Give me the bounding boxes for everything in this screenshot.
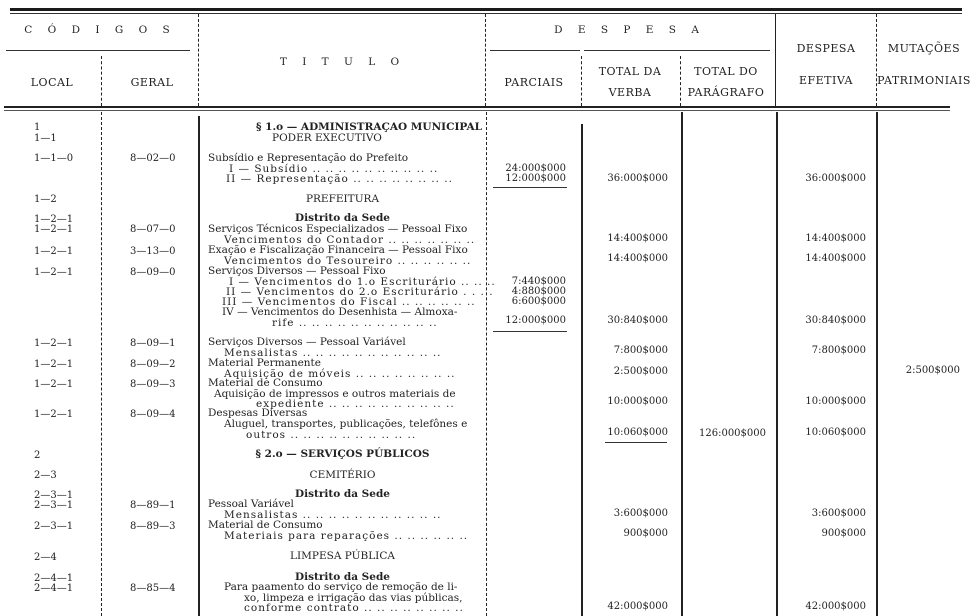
total-verba-value: 14:400$000 bbox=[586, 233, 668, 244]
col-divider bbox=[486, 112, 487, 616]
parciais-value: 6:600$000 bbox=[490, 296, 566, 307]
local-code: 1—2—1 bbox=[34, 359, 73, 370]
local-code: 1—2—1 bbox=[34, 267, 73, 278]
budget-table-page: C Ó D I G O S LOCAL GERAL T I T U L O D … bbox=[0, 0, 972, 616]
col-divider bbox=[681, 112, 683, 616]
header-mutacoes-2: PATRIMONIAIS bbox=[876, 74, 972, 87]
col-divider bbox=[198, 14, 199, 106]
total-verba-value: 2:500$000 bbox=[586, 366, 668, 377]
total-verba-value: 7:800$000 bbox=[586, 345, 668, 356]
total-verba-value: 42:000$000 bbox=[586, 601, 668, 612]
item-title: II — Representação .. .. .. .. .. .. .. … bbox=[226, 174, 453, 185]
item-title: conforme contrato .. .. .. .. .. .. .. .… bbox=[244, 603, 464, 614]
total-verba-value: 36:000$000 bbox=[586, 173, 668, 184]
header-total-do-paragrafo-2: PARÁGRAFO bbox=[678, 86, 774, 99]
local-code: 1—1 bbox=[34, 133, 57, 144]
subtotal-rule bbox=[605, 442, 667, 443]
col-divider bbox=[581, 56, 582, 106]
col-divider bbox=[101, 56, 102, 106]
geral-code: 8—09—4 bbox=[130, 409, 175, 420]
geral-code: 8—07—0 bbox=[130, 224, 175, 235]
parciais-value: 12:000$000 bbox=[490, 173, 566, 184]
local-code: 1—1—0 bbox=[34, 153, 73, 164]
despesa-efetiva-value: 3:600$000 bbox=[780, 508, 866, 519]
header-despesa-efetiva-1: DESPESA bbox=[776, 42, 876, 55]
subtotal-rule bbox=[493, 187, 567, 188]
local-code: 2—3 bbox=[34, 470, 57, 481]
geral-code: 8—89—1 bbox=[130, 500, 175, 511]
header-bottom-rule-thin bbox=[4, 110, 950, 111]
top-rule bbox=[10, 8, 962, 11]
geral-code: 3—13—0 bbox=[130, 246, 175, 257]
header-despesa: D E S P E S A bbox=[487, 24, 772, 36]
header-divider-despesa-a bbox=[490, 50, 580, 51]
local-code: 1—2—1 bbox=[34, 338, 73, 349]
header-total-do-paragrafo-1: TOTAL DO bbox=[678, 65, 774, 78]
local-code: 2—4—1 bbox=[34, 583, 73, 594]
subsection-title: LIMPESA PÚBLICA bbox=[200, 551, 485, 562]
total-verba-value: 900$000 bbox=[586, 528, 668, 539]
local-code: 1—2—1 bbox=[34, 379, 73, 390]
despesa-efetiva-value: 42:000$000 bbox=[780, 601, 866, 612]
header-divider-codigos bbox=[6, 50, 190, 51]
col-divider bbox=[680, 56, 681, 106]
header-mutacoes-1: MUTAÇÕES bbox=[876, 42, 972, 55]
subsection-title: PREFEITURA bbox=[200, 194, 485, 205]
local-code: 2 bbox=[34, 450, 40, 461]
local-code: 2—3—1 bbox=[34, 521, 73, 532]
total-verba-value: 3:600$000 bbox=[586, 508, 668, 519]
total-verba-value: 14:400$000 bbox=[586, 253, 668, 264]
header-divider-despesa-b bbox=[584, 50, 770, 51]
header-despesa-efetiva-2: EFETIVA bbox=[776, 74, 876, 87]
despesa-efetiva-value: 14:400$000 bbox=[780, 233, 866, 244]
local-code: 1 bbox=[34, 122, 40, 133]
header-codigos: C Ó D I G O S bbox=[10, 24, 190, 36]
geral-code: 8—85—4 bbox=[130, 583, 175, 594]
item-title: rife .. .. .. .. .. .. .. .. .. .. .. bbox=[272, 318, 438, 329]
total-verba-value: 10:000$000 bbox=[586, 396, 668, 407]
header-parciais: PARCIAIS bbox=[488, 76, 580, 89]
subsection-title: CEMITÉRIO bbox=[200, 470, 485, 481]
col-divider bbox=[485, 14, 486, 106]
col-divider bbox=[581, 124, 583, 616]
despesa-efetiva-value: 7:800$000 bbox=[780, 345, 866, 356]
geral-code: 8—02—0 bbox=[130, 153, 175, 164]
header-total-da-verba-2: VERBA bbox=[582, 86, 678, 99]
header-total-da-verba-1: TOTAL DA bbox=[582, 65, 678, 78]
item-title: outros .. .. .. .. .. .. .. .. .. .. bbox=[246, 430, 416, 441]
total-verba-value: 10:060$000 bbox=[586, 427, 668, 438]
col-divider bbox=[776, 112, 778, 616]
despesa-efetiva-value: 10:000$000 bbox=[780, 396, 866, 407]
despesa-efetiva-value: 30:840$000 bbox=[780, 315, 866, 326]
geral-code: 8—89—3 bbox=[130, 521, 175, 532]
despesa-efetiva-value: 36:000$000 bbox=[780, 173, 866, 184]
geral-code: 8—09—3 bbox=[130, 379, 175, 390]
col-divider bbox=[876, 112, 878, 616]
geral-code: 8—09—1 bbox=[130, 338, 175, 349]
subtotal-rule bbox=[493, 331, 567, 332]
parciais-value: 12:000$000 bbox=[490, 315, 566, 326]
despesa-efetiva-value: 14:400$000 bbox=[780, 253, 866, 264]
despesa-efetiva-value: 900$000 bbox=[780, 528, 866, 539]
despesa-efetiva-value: 10:060$000 bbox=[780, 427, 866, 438]
local-code: 1—2 bbox=[34, 194, 57, 205]
header-bottom-rule bbox=[4, 106, 950, 108]
header-titulo: T I T U L O bbox=[200, 56, 485, 68]
col-divider bbox=[775, 14, 776, 106]
col-divider bbox=[876, 14, 877, 106]
local-code: 1—2—1 bbox=[34, 409, 73, 420]
total-paragrafo-value: 126:000$000 bbox=[684, 428, 766, 439]
local-code: 1—2—1 bbox=[34, 246, 73, 257]
local-code: 2—4 bbox=[34, 552, 57, 563]
header-local: LOCAL bbox=[10, 76, 94, 89]
section-title: § 2.o — SERVIÇOS PÚBLICOS bbox=[200, 449, 485, 460]
local-code: 1—2—1 bbox=[34, 224, 73, 235]
geral-code: 8—09—2 bbox=[130, 359, 175, 370]
item-title: Materiais para reparações .. .. .. .. ..… bbox=[224, 531, 468, 542]
col-divider bbox=[198, 116, 200, 616]
top-rule-thin bbox=[10, 13, 962, 14]
subsection-title: PODER EXECUTIVO bbox=[272, 133, 382, 144]
local-code: 2—3—1 bbox=[34, 500, 73, 511]
header-geral: GERAL bbox=[104, 76, 200, 89]
mutacoes-value: 2:500$000 bbox=[884, 365, 960, 376]
col-divider bbox=[101, 112, 102, 616]
geral-code: 8—09—0 bbox=[130, 267, 175, 278]
total-verba-value: 30:840$000 bbox=[586, 315, 668, 326]
